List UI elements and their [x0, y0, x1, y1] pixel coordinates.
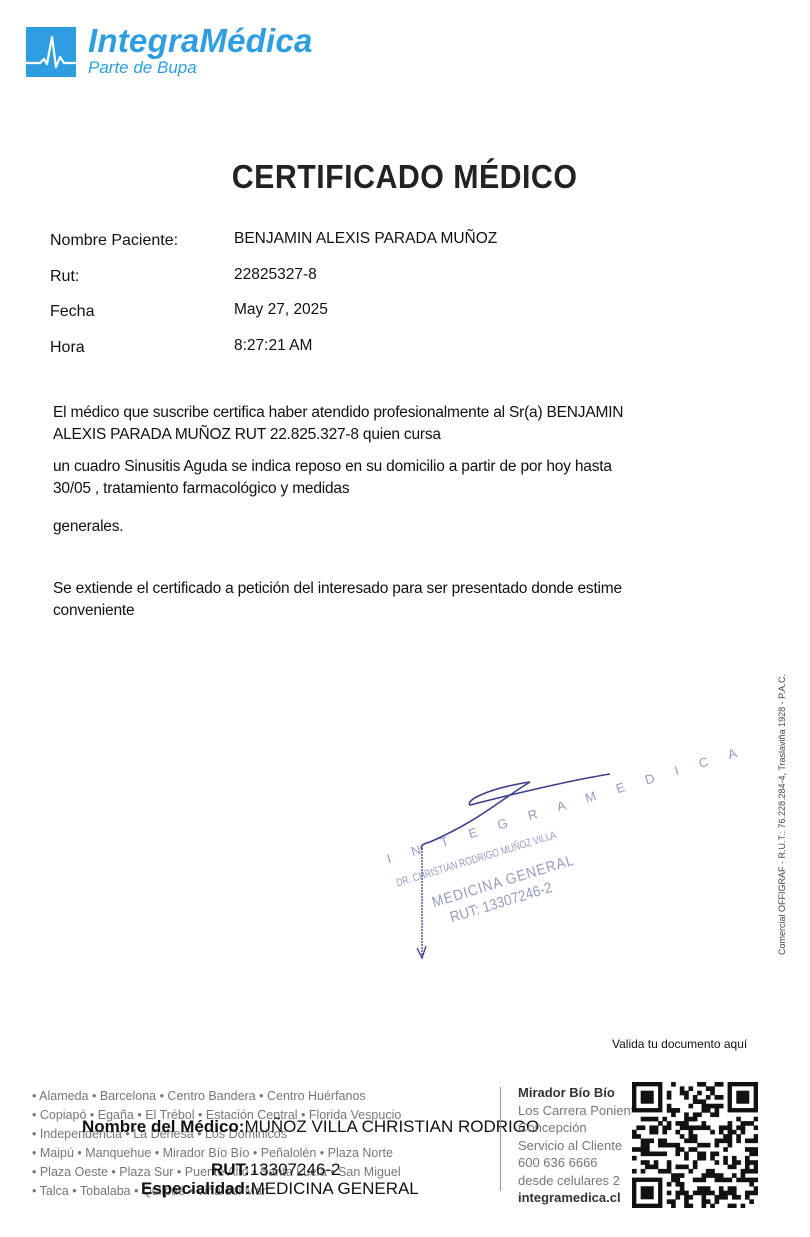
field-value: 22825327-8 — [234, 266, 317, 284]
doctor-rut-value: 13307246-2 — [250, 1160, 341, 1179]
doctor-name: Nombre del Médico:MUÑOZ VILLA CHRISTIAN … — [82, 1117, 539, 1137]
contact-block: Mirador Bío Bío Los Carrera Poniente Con… — [518, 1084, 642, 1207]
field-value: May 27, 2025 — [234, 301, 328, 319]
heartbeat-icon — [26, 27, 76, 77]
certificate-paragraph: El médico que suscribe certifica haber a… — [53, 402, 623, 446]
closing-line: generales. — [53, 516, 123, 538]
brand-subtitle: Parte de Bupa — [88, 59, 313, 77]
contact-line: Los Carrera Poniente — [518, 1102, 642, 1120]
paragraph-line: un cuadro Sinusitis Aguda se indica repo… — [53, 456, 612, 478]
field-patient-name: Nombre Paciente: BENJAMIN ALEXIS PARADA … — [50, 232, 650, 256]
doctor-rut: RUT:13307246-2 — [211, 1160, 340, 1180]
paragraph-line: Se extiende el certificado a petición de… — [53, 578, 622, 600]
field-label: Rut: — [50, 268, 79, 286]
extension-paragraph: Se extiende el certificado a petición de… — [53, 578, 622, 622]
contact-line: Servicio al Cliente — [518, 1137, 642, 1155]
field-time: Hora 8:27:21 AM — [50, 339, 650, 363]
paragraph-line: 30/05 , tratamiento farmacológico y medi… — [53, 478, 612, 500]
contact-title: Mirador Bío Bío — [518, 1084, 642, 1102]
brand-logo: IntegraMédica Parte de Bupa — [26, 27, 313, 77]
field-value: BENJAMIN ALEXIS PARADA MUÑOZ — [234, 230, 497, 248]
diagnosis-paragraph: un cuadro Sinusitis Aguda se indica repo… — [53, 456, 612, 500]
page-title: CERTIFICADO MÉDICO — [32, 158, 777, 196]
field-label: Hora — [50, 339, 85, 357]
footer-divider — [500, 1087, 501, 1191]
paragraph-line: conveniente — [53, 600, 622, 622]
field-rut: Rut: 22825327-8 — [50, 268, 650, 292]
doctor-specialty: Especialidad:MEDICINA GENERAL — [141, 1179, 419, 1199]
brand-name: IntegraMédica — [88, 23, 313, 59]
field-value: 8:27:21 AM — [234, 337, 312, 355]
field-label: Nombre Paciente: — [50, 232, 178, 250]
paragraph-line: generales. — [53, 516, 123, 538]
doctor-name-value: MUÑOZ VILLA CHRISTIAN RODRIGO — [244, 1117, 539, 1136]
printer-imprint: Comercial OFFIGRAF - R.U.T.: 76.228.284-… — [777, 674, 787, 955]
website-link[interactable]: integramedica.cl — [518, 1189, 642, 1207]
validate-label: Valida tu documento aquí — [612, 1037, 747, 1051]
paragraph-line: El médico que suscribe certifica haber a… — [53, 402, 623, 424]
doctor-name-label: Nombre del Médico: — [82, 1117, 244, 1136]
field-date: Fecha May 27, 2025 — [50, 303, 650, 327]
doctor-specialty-value: MEDICINA GENERAL — [251, 1179, 419, 1198]
contact-line: 600 636 6666 — [518, 1154, 642, 1172]
field-label: Fecha — [50, 303, 94, 321]
branch-line: • Alameda • Barcelona • Centro Bandera •… — [32, 1087, 401, 1106]
doctor-specialty-label: Especialidad: — [141, 1179, 251, 1198]
doctor-stamp: I N T E G R A M E D I C A DR. CHRISTIAN … — [370, 760, 630, 970]
qr-code-icon[interactable] — [632, 1082, 758, 1208]
paragraph-line: ALEXIS PARADA MUÑOZ RUT 22.825.327-8 qui… — [53, 424, 623, 446]
contact-line: desde celulares 2 — [518, 1172, 642, 1190]
contact-line: Concepción — [518, 1119, 642, 1137]
doctor-rut-label: RUT: — [211, 1160, 250, 1179]
